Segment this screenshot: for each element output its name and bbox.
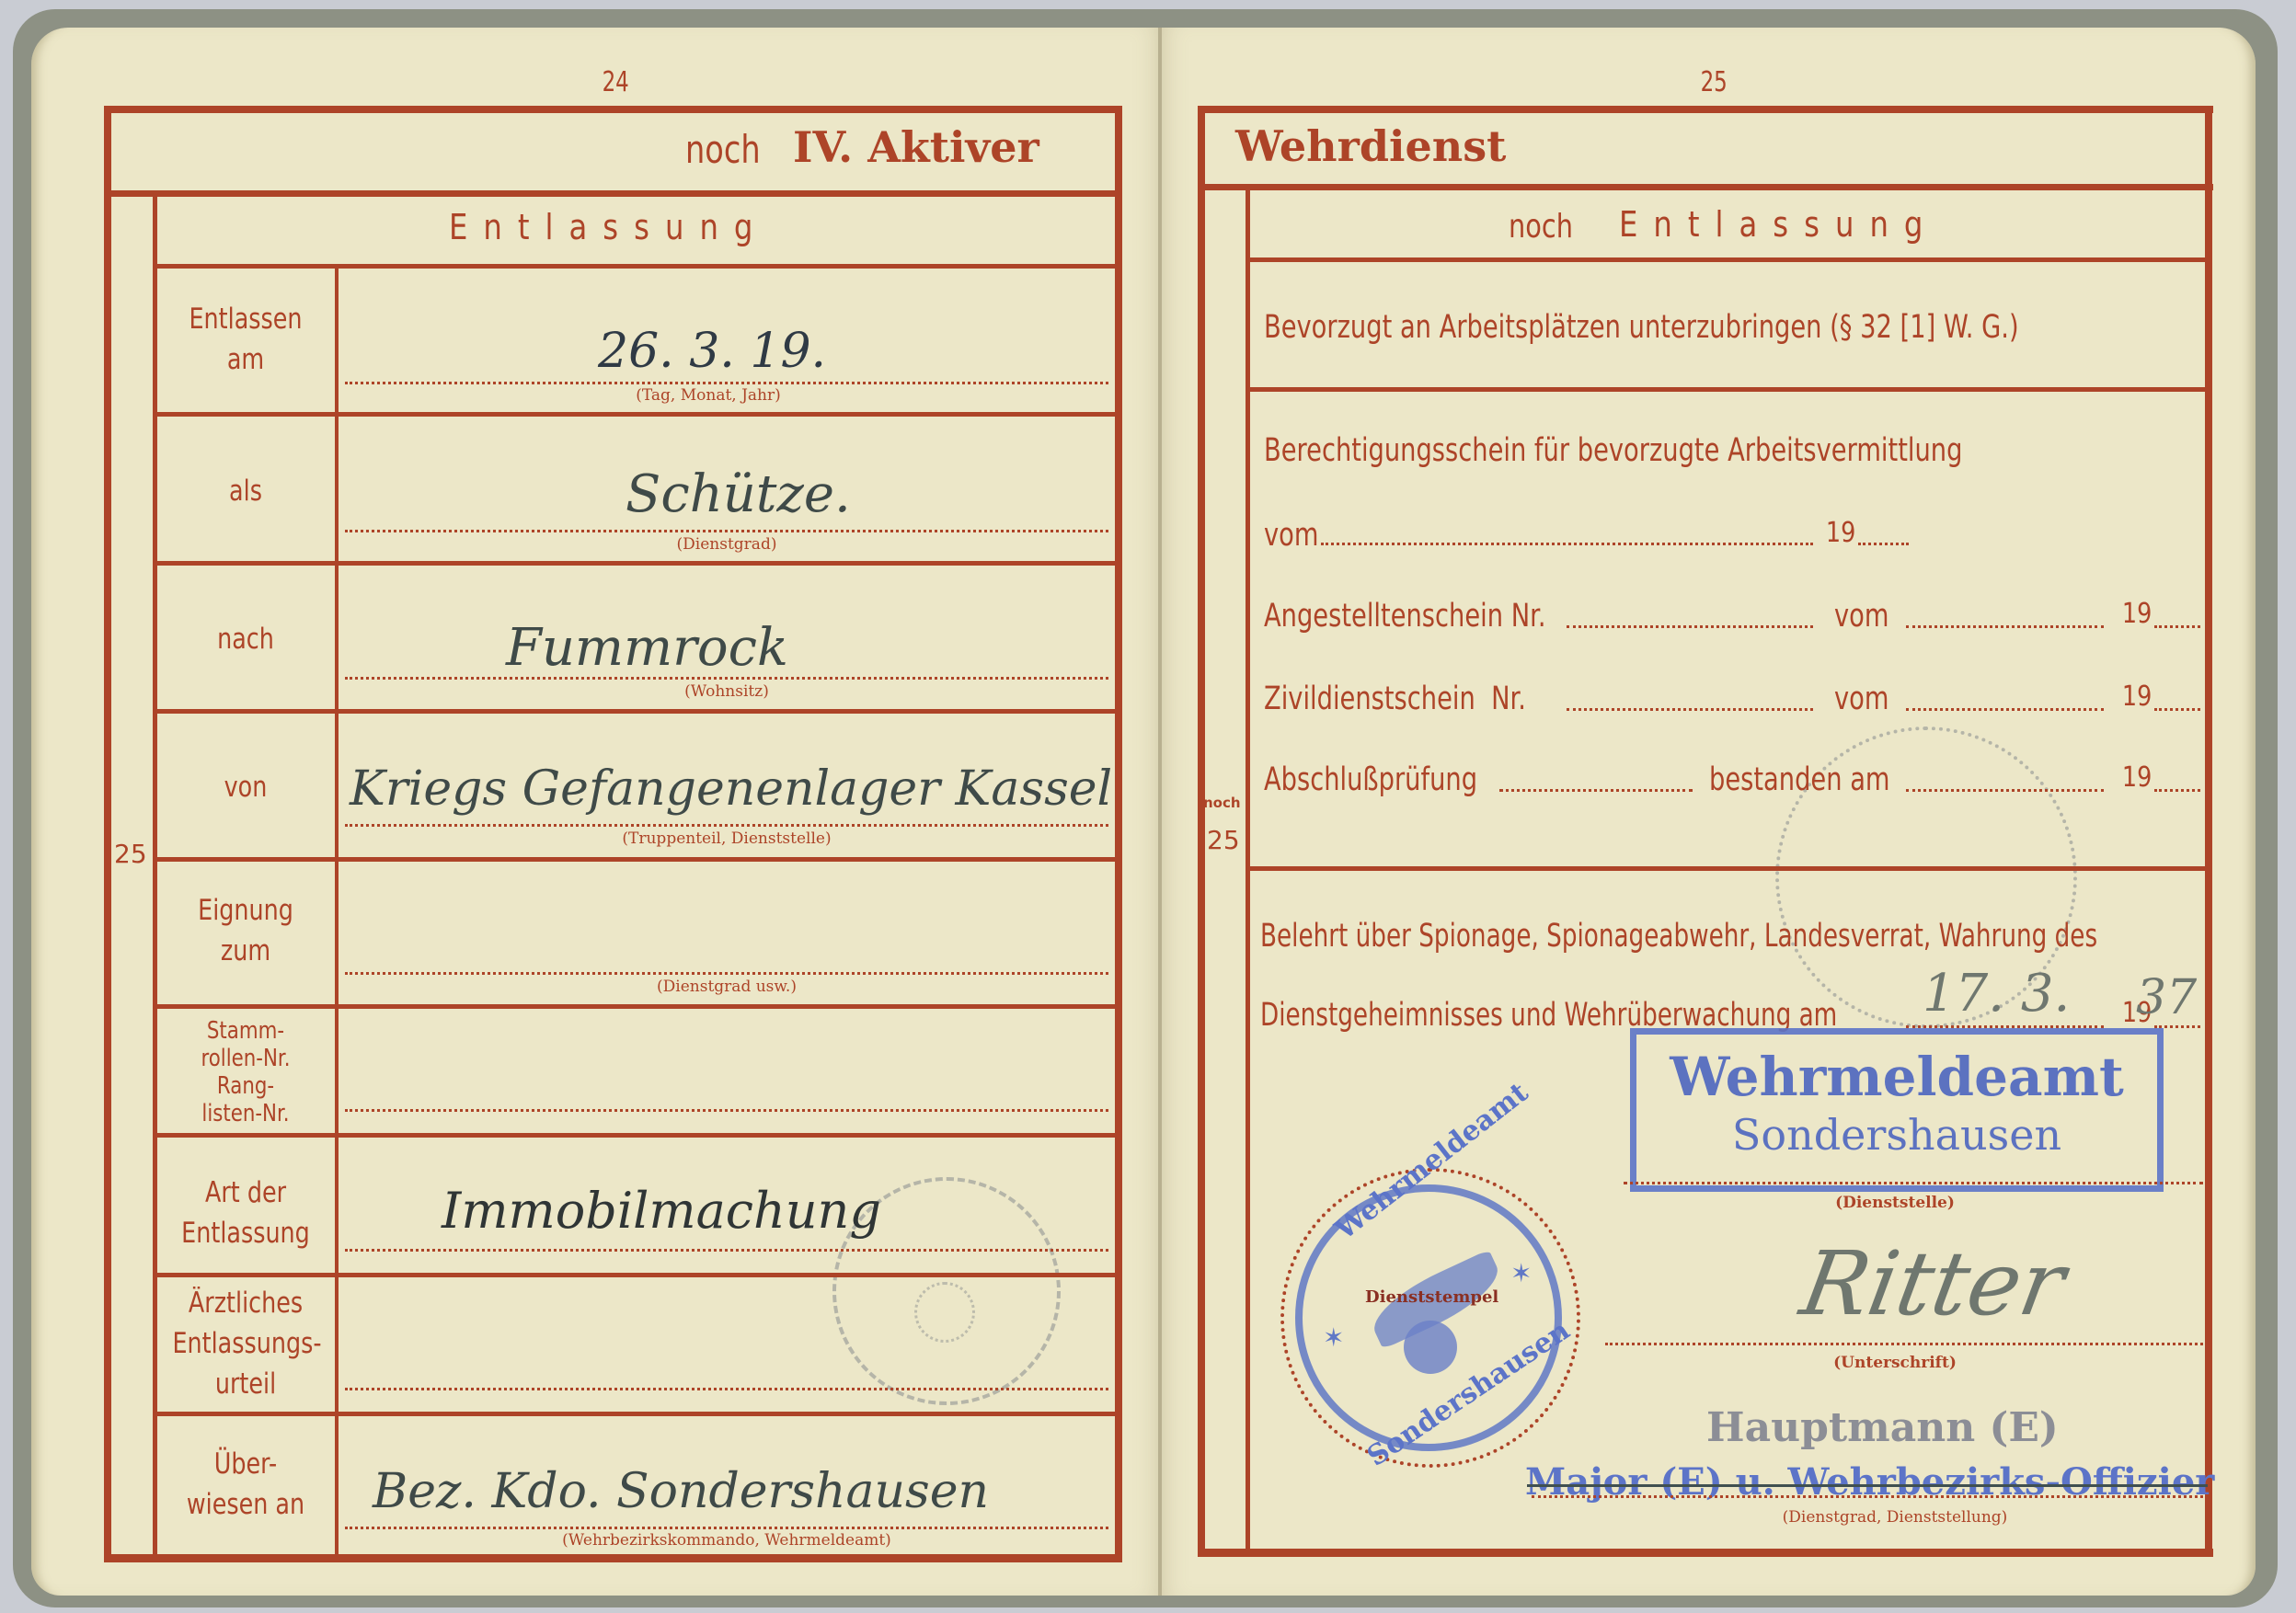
field-hint: (Dienstgrad) xyxy=(589,535,865,554)
fill-line xyxy=(1624,1182,2203,1184)
fill-line xyxy=(1858,543,1909,545)
handwritten-briefing-date: 17. 3. xyxy=(1923,964,2070,1024)
star-icon: ✶ xyxy=(1323,1322,1344,1353)
header-prefix: noch xyxy=(685,127,761,172)
official-round-stamp: Wehrmeldeamt Sondershausen ✶ ✶ Dienstste… xyxy=(1295,1184,1562,1451)
page-number: 24 xyxy=(603,66,629,98)
fill-line xyxy=(1567,625,1813,628)
year-prefix: 19 xyxy=(1826,517,1855,549)
office-stamp: Wehrmeldeamt Sondershausen xyxy=(1630,1028,2164,1192)
row-label-entlassen-am: Entlassenam xyxy=(172,299,318,380)
fill-line xyxy=(345,1109,1108,1112)
field-hint: (Truppenteil, Dienststelle) xyxy=(589,829,865,848)
section-title: Entlassung xyxy=(449,207,768,247)
section-header-title: IV. Aktiver xyxy=(793,122,1039,172)
cert-line-label: Abschlußprüfung xyxy=(1264,761,1477,798)
handwritten-assigned-to: Bez. Kdo. Sondershausen xyxy=(373,1464,989,1519)
preferred-placement-text: Bevorzugt an Arbeitsplätzen unterzubring… xyxy=(1264,309,2019,346)
handwritten-briefing-year: 37 xyxy=(2136,970,2197,1025)
field-hint: (Unterschrift) xyxy=(1803,1354,1987,1372)
cert-line-label: Angestelltenschein Nr. xyxy=(1264,598,1546,635)
strike-through-line xyxy=(1527,1484,2208,1487)
row-label-von: von xyxy=(172,767,318,807)
fill-line xyxy=(345,1388,1108,1390)
field-hint: (Dienstgrad, Dienststellung) xyxy=(1748,1508,2042,1527)
fill-line xyxy=(1906,789,2104,792)
margin-number: 25 xyxy=(114,839,147,869)
cert-line-mid: vom xyxy=(1834,681,1888,717)
book-spine xyxy=(1158,28,1162,1596)
briefing-line-1: Belehrt über Spionage, Spionageabwehr, L… xyxy=(1260,918,2097,955)
handwritten-residence: Fummrock xyxy=(506,618,788,678)
cert-line-year: 19 xyxy=(2122,761,2152,794)
fill-line xyxy=(1499,789,1693,792)
fill-line xyxy=(2154,708,2200,711)
cert-line-label: Zivildienstschein Nr. xyxy=(1264,681,1526,717)
row-label-ueberwiesen-an: Über-wiesen an xyxy=(172,1444,318,1525)
margin-note-prefix: noch xyxy=(1203,795,1241,811)
field-hint: (Wehrbezirkskommando, Wehrmeldeamt) xyxy=(515,1531,938,1550)
cert-line-mid: vom xyxy=(1834,598,1888,635)
certificate-title: Berechtigungsschein für bevorzugte Arbei… xyxy=(1264,432,1962,469)
row-label-stammrollen-nr: Stamm-rollen-Nr.Rang-listen-Nr. xyxy=(172,1017,318,1127)
cert-line-mid: bestanden am xyxy=(1709,761,1890,798)
handwritten-discharge-type: Immobilmachung xyxy=(442,1182,881,1240)
fill-line xyxy=(2154,625,2200,628)
section-header-title: Wehrdienst xyxy=(1235,121,1506,171)
star-icon: ✶ xyxy=(1510,1258,1532,1288)
row-label-art-der-entlassung: Art derEntlassung xyxy=(172,1173,318,1253)
fill-line xyxy=(1605,1343,2203,1345)
section-title-prefix: noch xyxy=(1509,208,1573,246)
fill-line xyxy=(345,530,1108,532)
page-number: 25 xyxy=(1701,66,1728,98)
field-hint: (Tag, Monat, Jahr) xyxy=(570,386,846,405)
handwritten-discharge-date: 26. 3. 19. xyxy=(598,324,826,379)
rank-overwrite: Hauptmann (E) xyxy=(1706,1404,2059,1451)
row-label-als: als xyxy=(172,471,318,511)
handwritten-rank: Schütze. xyxy=(626,464,851,524)
fill-line xyxy=(345,1527,1108,1529)
cert-line-year: 19 xyxy=(2122,598,2152,630)
fill-line xyxy=(2154,789,2200,792)
fill-line xyxy=(1906,708,2104,711)
row-label-eignung-zum: Eignungzum xyxy=(172,890,318,971)
row-label-nach: nach xyxy=(172,619,318,659)
fill-line xyxy=(1906,625,2104,628)
fill-line xyxy=(345,382,1108,384)
fill-line xyxy=(345,824,1108,827)
section-title: Entlassung xyxy=(1619,204,1938,245)
field-hint: (Wohnsitz) xyxy=(589,682,865,701)
fill-line xyxy=(1567,708,1813,711)
field-hint: (Dienststelle) xyxy=(1803,1194,1987,1212)
wreath-emblem-icon xyxy=(1404,1321,1457,1374)
cert-line-year: 19 xyxy=(2122,681,2152,713)
handwritten-signature: Ritter xyxy=(1794,1232,2072,1335)
fill-line xyxy=(345,1249,1108,1252)
handwritten-unit: Kriegs Gefangenenlager Kassel xyxy=(350,761,1112,817)
row-label-aerztliches-urteil: ÄrztlichesEntlassungs-urteil xyxy=(172,1283,318,1404)
fill-line xyxy=(1532,1495,2203,1498)
margin-number: 25 xyxy=(1207,825,1240,855)
certificate-vom-label: vom xyxy=(1264,517,1318,554)
fill-line xyxy=(1321,543,1813,545)
field-hint: (Dienstgrad usw.) xyxy=(589,978,865,996)
fill-line xyxy=(345,972,1108,975)
